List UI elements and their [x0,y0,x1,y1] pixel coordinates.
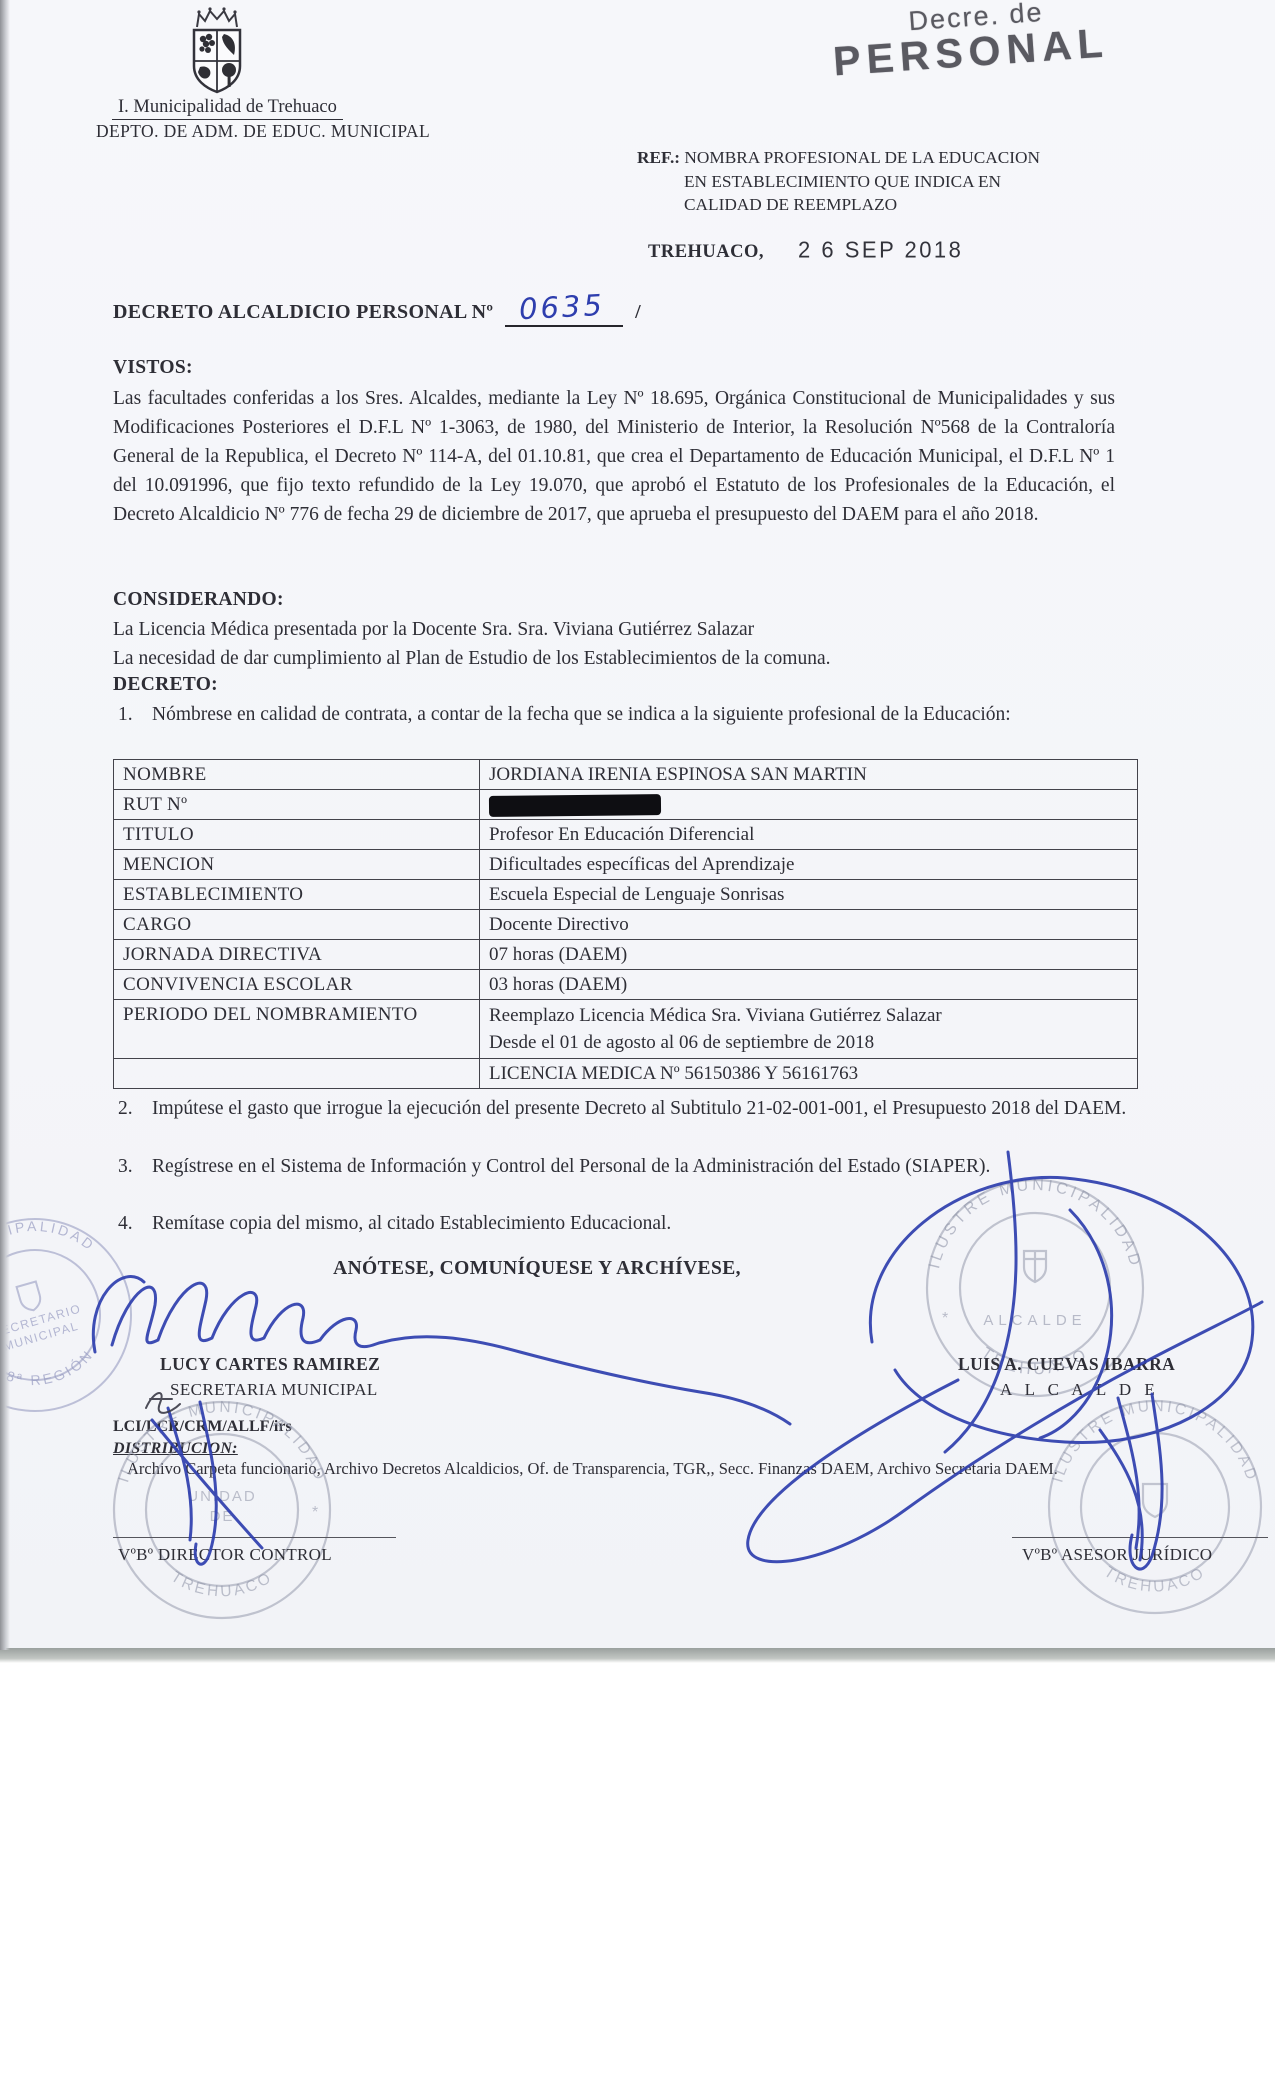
item-text: Impútese el gasto que irrogue la ejecuci… [152,1094,1140,1123]
scanned-page: I. Municipalidad de Trehuaco DEPTO. DE A… [0,0,1275,1650]
stamp-center-line2: MUNICIPAL [2,1319,81,1354]
vistos-title: VISTOS: [113,357,193,379]
municipal-coat-of-arms-icon [172,6,262,98]
responsibility-initials: LCI/LCR/CRM/ALLF/irs [113,1418,292,1436]
mayor-signature-stroke3 [1040,1210,1112,1438]
row-value-line2: Desde el 01 de agosto al 06 de septiembr… [489,1029,1128,1056]
vistos-body: Las facultades conferidas a los Sres. Al… [113,384,1115,529]
table-row: TITULO Profesor En Educación Diferencial [114,820,1138,850]
decree-slash: / [635,301,641,327]
svg-text:I. MUNICIPALIDAD: I. MUNICIPALIDAD [0,1199,101,1296]
item-text: Remítase copia del mismo, al citado Esta… [152,1209,1140,1238]
asesor-juridico-stamp: ILUSTRE MUNICIPALIDAD TREHUACO [1040,1392,1270,1622]
stamp-arc-bottom: TREHUACO [168,1568,276,1600]
decree-number-underline: 0635 [505,290,623,327]
resolution-item-4: 4. Remítase copia del mismo, al citado E… [118,1209,1140,1238]
table-row: NOMBRE JORDIANA IRENIA ESPINOSA SAN MART… [114,760,1138,790]
row-label: RUT Nº [114,790,480,820]
resolution-item-3: 3. Regístrese en el Sistema de Informaci… [118,1152,1140,1181]
page-edge-shadow [0,1648,1275,1663]
considerando-title: CONSIDERANDO: [113,589,284,611]
ref-label: REF.: [637,148,680,167]
row-value-line1: Reemplazo Licencia Médica Sra. Viviana G… [489,1002,1128,1029]
stamp-center-line1: UNIDAD [187,1488,257,1505]
table-row: CONVIVENCIA ESCOLAR 03 horas (DAEM) [114,970,1138,1000]
municipality-name: I. Municipalidad de Trehuaco [112,97,343,120]
control-approval-label: VºBº DIRECTOR CONTROL [118,1541,332,1565]
personal-decree-ink-stamp: Decre. de PERSONAL [830,0,1110,86]
row-value: Dificultades específicas del Aprendizaje [480,850,1138,880]
stamp-star-icon: * [942,1310,952,1327]
row-label [114,1059,480,1089]
row-value: 03 horas (DAEM) [480,970,1138,1000]
stamp-arc-bottom: TREHUACO [1101,1563,1209,1595]
svg-text:TREHUACO: TREHUACO [1101,1563,1209,1595]
considerando-line1: La Licencia Médica presentada por la Doc… [113,615,1123,644]
row-label: ESTABLECIMIENTO [114,880,480,910]
table-row: LICENCIA MEDICA Nº 56150386 Y 56161763 [114,1059,1138,1089]
mayor-signature-flourish [748,1302,1262,1562]
item-text: Nómbrese en calidad de contrata, a conta… [152,700,1140,729]
item-number: 4. [118,1209,152,1238]
table-row: CARGO Docente Directivo [114,910,1138,940]
legal-signature-line [1012,1537,1268,1538]
distribution-list: Archivo Carpeta funcionario, Archivo Dec… [127,1459,1257,1479]
stamp-arc-top: I. MUNICIPALIDAD [0,1199,101,1296]
svg-text:TREHUACO: TREHUACO [168,1568,276,1600]
row-label: CONVIVENCIA ESCOLAR [114,970,480,1000]
mayor-signature-stroke1 [945,1152,1016,1452]
row-label: MENCION [114,850,480,880]
stamp-center-line2: DE [210,1508,235,1525]
row-value-redacted [480,790,1138,820]
decree-number-line: DECRETO ALCALDICIO PERSONAL Nº 0635 / [113,290,641,327]
distribution-label: DISTRIBUCION: [113,1440,238,1458]
table-row: ESTABLECIMIENTO Escuela Especial de Leng… [114,880,1138,910]
resolution-item-2: 2. Impútese el gasto que irrogue la ejec… [118,1094,1140,1123]
row-value: Reemplazo Licencia Médica Sra. Viviana G… [480,1000,1138,1059]
mayor-title: A L C A L D E [1000,1380,1159,1400]
stamp-arc-bottom: 8ª REGIÓN [1,1343,101,1398]
table-row: JORNADA DIRECTIVA 07 horas (DAEM) [114,940,1138,970]
table-row: MENCION Dificultades específicas del Apr… [114,850,1138,880]
table-row: PERIODO DEL NOMBRAMIENTO Reemplazo Licen… [114,1000,1138,1059]
stamp-center: ALCALDE [983,1312,1086,1329]
considerando-line2: La necesidad de dar cumplimiento al Plan… [113,644,1123,673]
row-label: CARGO [114,910,480,940]
row-value: Profesor En Educación Diferencial [480,820,1138,850]
row-label: PERIODO DEL NOMBRAMIENTO [114,1000,480,1059]
rut-redaction-bar [489,794,661,817]
row-label: JORNADA DIRECTIVA [114,940,480,970]
dateline: TREHUACO, 2 6 SEP 2018 [648,237,963,263]
row-label: TITULO [114,820,480,850]
row-label: NOMBRE [114,760,480,790]
secretary-name: LUCY CARTES RAMIREZ [160,1354,380,1375]
department-name: DEPTO. DE ADM. DE EDUC. MUNICIPAL [96,121,430,142]
decreto-title: DECRETO: [113,674,218,696]
item-number: 3. [118,1152,152,1181]
decreto-item-1: 1. Nómbrese en calidad de contrata, a co… [118,700,1140,729]
legal-approval-label: VºBº ASESOR JURÍDICO [1022,1541,1212,1565]
stamp-line2: PERSONAL [832,19,1110,85]
stamp-center-line1: SECRETARIO [0,1301,83,1340]
secretary-title: SECRETARIA MUNICIPAL [170,1380,378,1400]
table-row: RUT Nº [114,790,1138,820]
reference-block: REF.: NOMBRA PROFESIONAL DE LA EDUCACION… [637,146,1117,217]
ref-line1: NOMBRA PROFESIONAL DE LA EDUCACION [684,148,1040,167]
control-signature-line [113,1537,396,1538]
mayor-name: LUIS A. CUEVAS IBARRA [958,1354,1175,1375]
ref-line3: CALIDAD DE REEMPLAZO [637,193,1117,217]
item-text: Regístrese en el Sistema de Información … [152,1152,1140,1181]
appointment-table: NOMBRE JORDIANA IRENIA ESPINOSA SAN MART… [113,759,1138,1089]
stamp-star-icon: * [312,1504,321,1521]
secretary-signature [93,1277,790,1424]
city-label: TREHUACO, [648,242,764,263]
scan-edge-strip [0,0,10,1650]
row-value: Docente Directivo [480,910,1138,940]
row-value: LICENCIA MEDICA Nº 56150386 Y 56161763 [480,1059,1138,1089]
decree-label: DECRETO ALCALDICIO PERSONAL Nº [113,301,493,327]
svg-text:8ª REGIÓN: 8ª REGIÓN [1,1343,101,1398]
item-number: 2. [118,1094,152,1123]
item-number: 1. [118,700,152,729]
date-stamp: 2 6 SEP 2018 [798,236,963,264]
row-value: 07 horas (DAEM) [480,940,1138,970]
decree-number-handwritten: 0635 [518,288,605,326]
row-value: Escuela Especial de Lenguaje Sonrisas [480,880,1138,910]
row-value: JORDIANA IRENIA ESPINOSA SAN MARTIN [480,760,1138,790]
ref-line2: EN ESTABLECIMIENTO QUE INDICA EN [637,170,1117,194]
closing-formula: ANÓTESE, COMUNÍQUESE Y ARCHÍVESE, [187,1258,887,1280]
